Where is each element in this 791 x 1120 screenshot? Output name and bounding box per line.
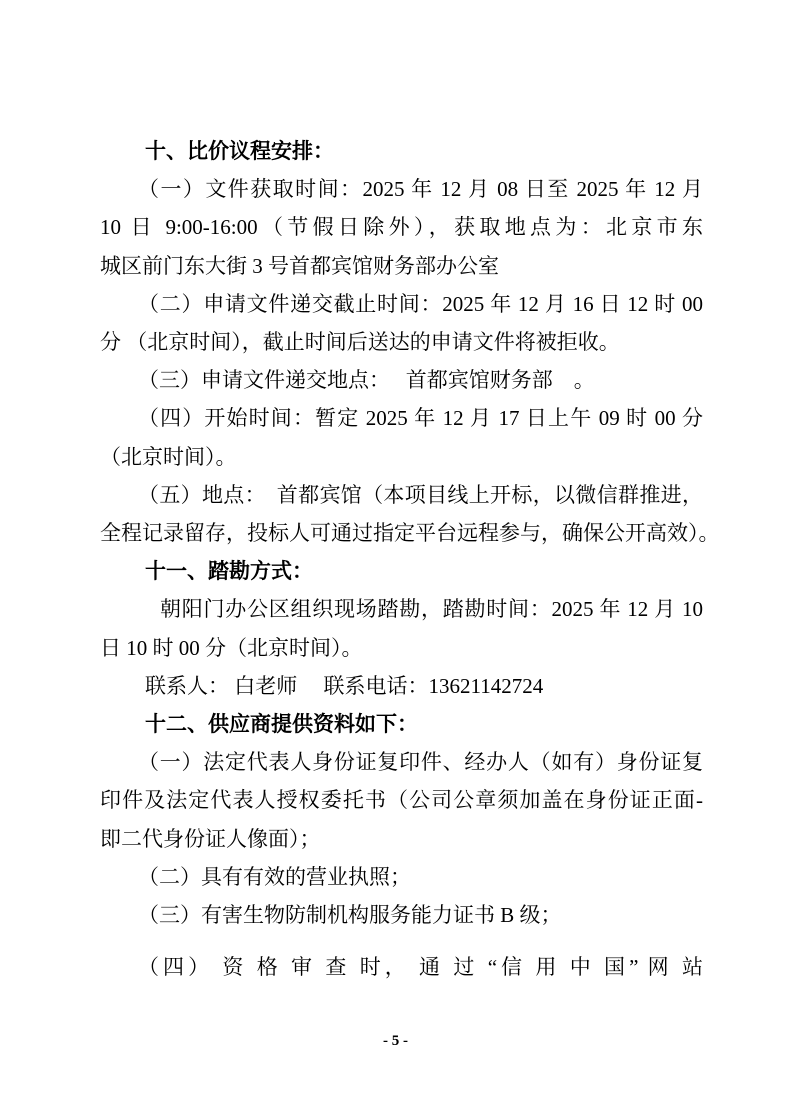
document-line: （一）文件获取时间：2025 年 12 月 08 日至 2025 年 12 月 bbox=[138, 170, 703, 208]
document-line: 即二代身份证人像面）； bbox=[100, 820, 321, 858]
document-page: 十、比价议程安排：（一）文件获取时间：2025 年 12 月 08 日至 202… bbox=[0, 0, 791, 1120]
document-line: （五）地点： 首都宾馆（本项目线上开标，以微信群推进， bbox=[138, 476, 703, 514]
document-line: （一）法定代表人身份证复印件、经办人（如有）身份证复 bbox=[138, 743, 703, 781]
page-number: - 5 - bbox=[0, 1030, 791, 1052]
document-body: 十、比价议程安排：（一）文件获取时间：2025 年 12 月 08 日至 202… bbox=[0, 0, 791, 1120]
document-line: 分 （北京时间），截止时间后送达的申请文件将被拒收。 bbox=[100, 323, 620, 361]
document-line: 10 日 9:00-16:00（节假日除外），获取地点为：北京市东 bbox=[100, 208, 703, 246]
document-line: 全程记录留存，投标人可通过指定平台远程参与，确保公开高效）。 bbox=[100, 514, 720, 552]
document-line: （北京时间）。 bbox=[100, 438, 237, 476]
document-line: 十、比价议程安排： bbox=[145, 132, 334, 170]
document-line: 联系人： 白老师 联系电话：13621142724 bbox=[145, 667, 543, 705]
document-line: （三）有害生物防制机构服务能力证书 B 级； bbox=[138, 896, 562, 934]
document-line: 城区前门东大街 3 号首都宾馆财务部办公室 bbox=[100, 247, 499, 285]
document-line: 朝阳门办公区组织现场踏勘，踏勘时间：2025 年 12 月 10 bbox=[160, 590, 703, 628]
document-line: 日 10 时 00 分（北京时间）。 bbox=[100, 629, 363, 667]
document-line: 十一、踏勘方式： bbox=[145, 552, 313, 590]
document-line: （二）申请文件递交截止时间：2025 年 12 月 16 日 12 时 00 bbox=[138, 285, 703, 323]
document-line: 十二、供应商提供资料如下： bbox=[145, 705, 418, 743]
document-line: （四） 资 格 审 查 时， 通 过 “信 用 中 国” 网 站 bbox=[138, 948, 703, 986]
document-line: （四）开始时间：暂定 2025 年 12 月 17 日上午 09 时 00 分 bbox=[138, 399, 703, 437]
document-line: （三）申请文件递交地点： 首都宾馆财务部 。 bbox=[138, 361, 595, 399]
document-line: （二）具有有效的营业执照； bbox=[138, 858, 411, 896]
document-line: 印件及法定代表人授权委托书（公司公章须加盖在身份证正面- bbox=[100, 781, 703, 819]
